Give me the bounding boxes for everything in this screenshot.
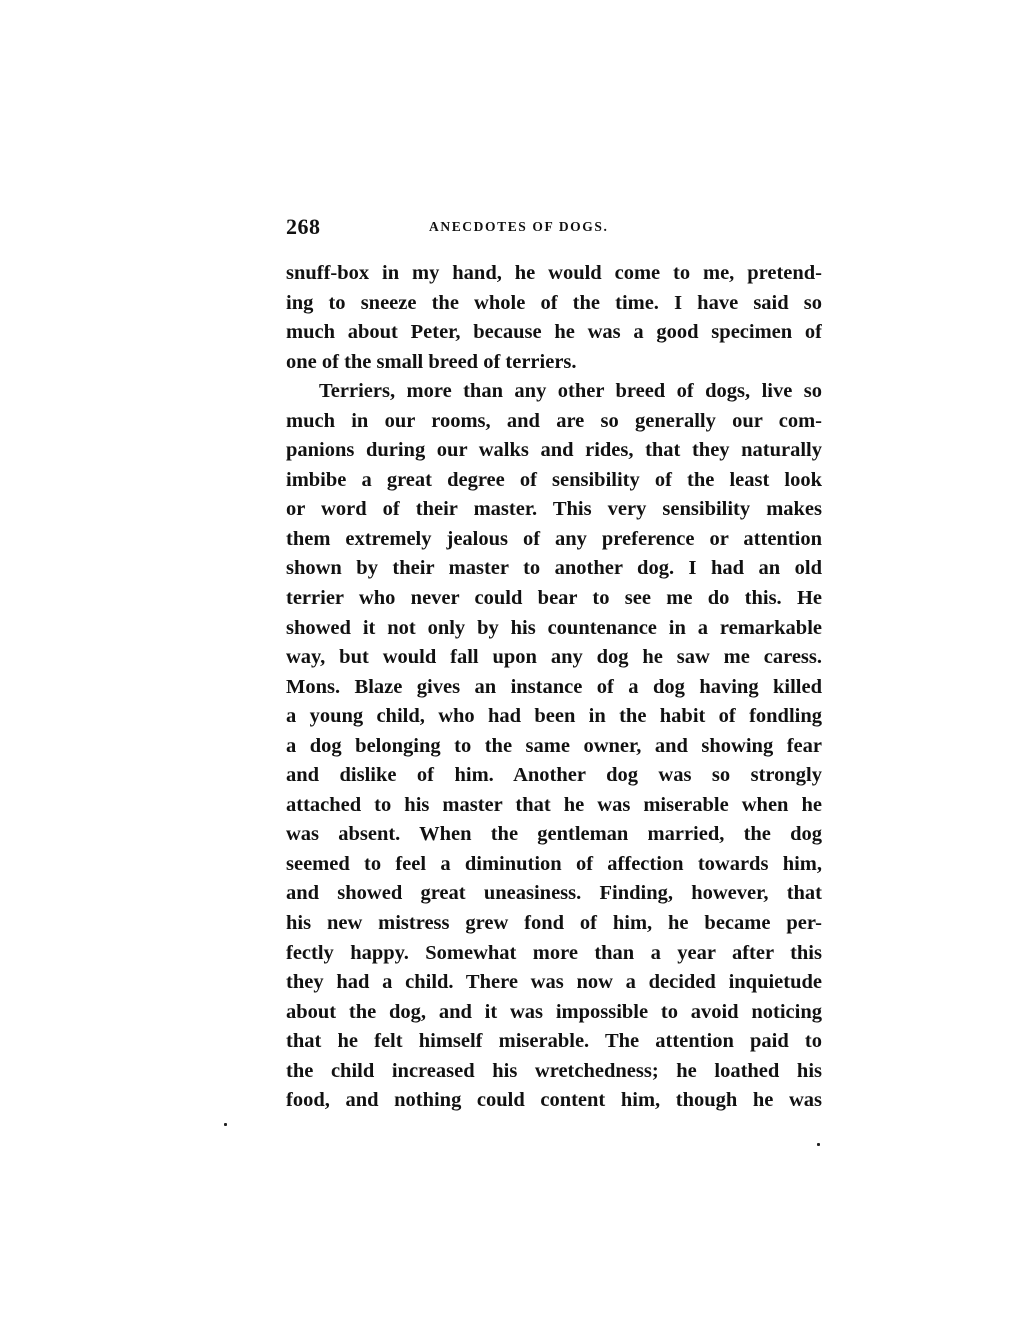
paragraph-2: Terriers, more than any other breed of d… <box>286 377 822 1116</box>
text-line: and showed great uneasiness. Finding, ho… <box>286 879 822 909</box>
text-line: Mons. Blaze gives an instance of a dog h… <box>286 673 822 703</box>
book-page: 268 ANECDOTES OF DOGS. snuff-box in my h… <box>0 0 1033 1339</box>
text-line: and dislike of him. Another dog was so s… <box>286 761 822 791</box>
text-line: ing to sneeze the whole of the time. I h… <box>286 289 822 319</box>
text-line: the child increased his wretchedness; he… <box>286 1057 822 1087</box>
text-line: terrier who never could bear to see me d… <box>286 584 822 614</box>
text-line: his new mistress grew fond of him, he be… <box>286 909 822 939</box>
text-line: a dog belonging to the same owner, and s… <box>286 732 822 762</box>
text-line: panions during our walks and rides, that… <box>286 436 822 466</box>
scan-speck <box>224 1123 227 1126</box>
paragraph-1: snuff-box in my hand, he would come to m… <box>286 259 822 377</box>
text-line: about the dog, and it was impossible to … <box>286 998 822 1028</box>
text-line: way, but would fall upon any dog he saw … <box>286 643 822 673</box>
text-line: fectly happy. Somewhat more than a year … <box>286 939 822 969</box>
text-line: them extremely jealous of any preference… <box>286 525 822 555</box>
text-line: seemed to feel a diminution of affection… <box>286 850 822 880</box>
text-line: that he felt himself miserable. The atte… <box>286 1027 822 1057</box>
running-title: ANECDOTES OF DOGS. <box>429 219 608 235</box>
text-line: showed it not only by his countenance in… <box>286 614 822 644</box>
text-line: was absent. When the gentleman married, … <box>286 820 822 850</box>
running-header: 268 ANECDOTES OF DOGS. <box>286 214 822 244</box>
text-line: they had a child. There was now a decide… <box>286 968 822 998</box>
text-line: a young child, who had been in the habit… <box>286 702 822 732</box>
text-line: much in our rooms, and are so generally … <box>286 407 822 437</box>
text-line: attached to his master that he was miser… <box>286 791 822 821</box>
text-line: one of the small breed of terriers. <box>286 348 822 378</box>
text-line: food, and nothing could content him, tho… <box>286 1086 822 1116</box>
page-number: 268 <box>286 214 321 240</box>
text-line: much about Peter, because he was a good … <box>286 318 822 348</box>
body-text: snuff-box in my hand, he would come to m… <box>286 259 822 1116</box>
text-line: shown by their master to another dog. I … <box>286 554 822 584</box>
text-line: Terriers, more than any other breed of d… <box>286 377 822 407</box>
text-line: or word of their master. This very sensi… <box>286 495 822 525</box>
text-line: snuff-box in my hand, he would come to m… <box>286 259 822 289</box>
scan-speck <box>817 1143 820 1146</box>
text-line: imbibe a great degree of sensibility of … <box>286 466 822 496</box>
